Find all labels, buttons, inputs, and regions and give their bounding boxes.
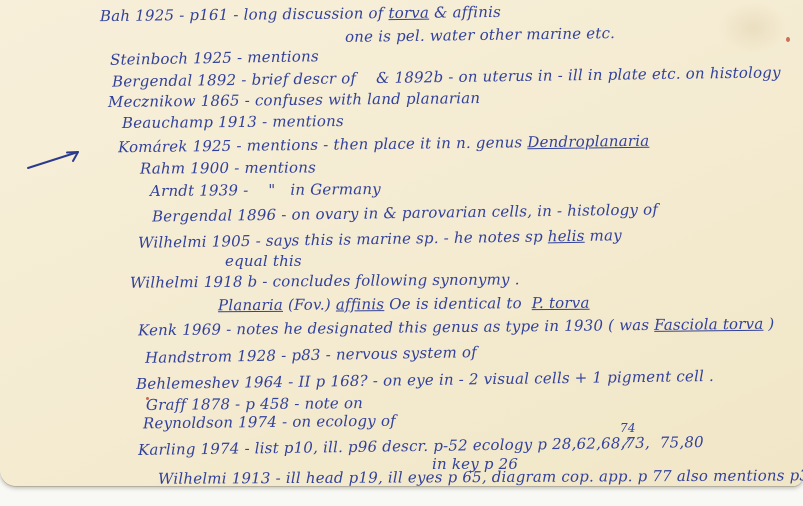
note-line-handstrom-1928: Handstrom 1928 - p83 - nervous system of [145,344,477,367]
note-line-graff-1878: Graff 1878 - p 458 - note on [146,395,363,414]
note-line-arndt-1939: Arndt 1939 - " in Germany [150,181,381,200]
note-line-wilhelmi-1918b: Wilhelmi 1918 b - concludes following sy… [130,271,520,291]
note-line-mecznikow-1865: Mecznikow 1865 - confuses with land plan… [108,90,480,111]
note-line-steinboch-1925: Steinboch 1925 - mentions [110,48,319,69]
red-ink-dot-small [146,397,149,400]
note-line-bah-1925: Bah 1925 - p161 - long discussion of tor… [100,4,501,25]
note-line-wilhelmi-1905: Wilhelmi 1905 - says this is marine sp. … [138,227,622,252]
index-card-paper: Bah 1925 - p161 - long discussion of tor… [0,0,803,486]
note-line-equal-this: equal this [225,253,302,270]
note-line-beauchamp-1913: Beauchamp 1913 - mentions [122,113,344,132]
note-line-behlemeshev-1964: Behlemeshev 1964 - II p 168? - on eye in… [136,368,714,393]
scanned-index-card: Bah 1925 - p161 - long discussion of tor… [0,0,803,506]
note-line-kenk-1969: Kenk 1969 - notes he designated this gen… [138,316,775,340]
note-line-bergendal-1892: Bergendal 1892 - brief descr of & 1892b … [112,64,781,90]
note-line-komarek-1925: Komárek 1925 - mentions - then place it … [118,133,650,156]
note-line-bergendal-1896: Bergendal 1896 - on ovary in & parovaria… [152,201,658,225]
red-ink-dot [786,37,790,42]
note-line-reynoldson-1974: Reynoldson 1974 - on ecology of [143,413,396,433]
note-line-synonymy-statement: Planaria (Fov.) affinis Oe is identical … [218,295,590,315]
insertion-arrow-icon [26,144,90,172]
note-line-rahm-1900: Rahm 1900 - mentions [140,159,316,177]
note-line-wilhelmi-1913: Wilhelmi 1913 - ill head p19, ill eyes p… [158,467,803,487]
note-line-continuation: one is pel. water other marine etc. [345,25,615,46]
note-line-karling-1974: Karling 1974 - list p10, ill. p96 descr.… [138,434,704,459]
paper-stain-mark [718,2,788,54]
